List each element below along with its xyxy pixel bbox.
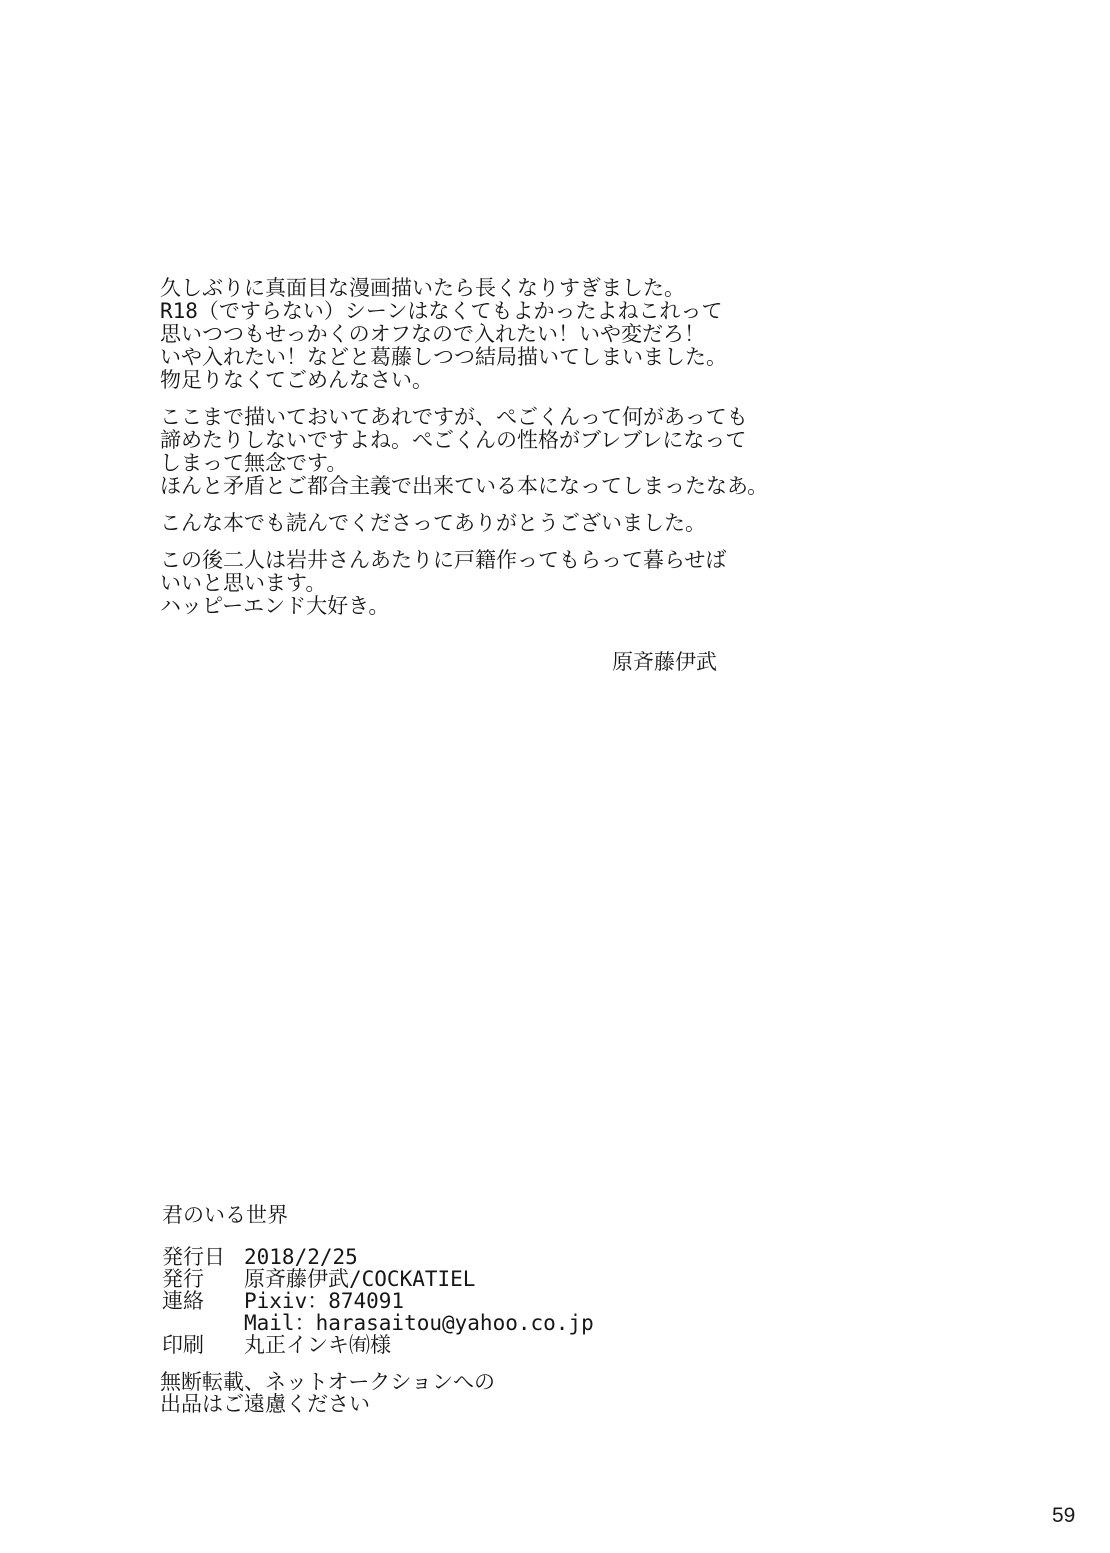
colophon-row-publisher: 発行 原斉藤伊武/COCKATIEL (162, 1268, 594, 1290)
afterword-line: 思いつつもせっかくのオフなので入れたい！いや変だろ！ (160, 323, 768, 346)
author-signature: 原斉藤伊武 (612, 651, 717, 674)
afterword-line: いや入れたい！などと葛藤しつつ結局描いてしまいました。 (160, 346, 768, 369)
colophon-row-printer: 印刷 丸正インキ㈲様 (162, 1334, 594, 1356)
afterword-text-block: 久しぶりに真面目な漫画描いたら長くなりすぎました。 R18（ですらない）シーンは… (160, 277, 768, 632)
afterword-line: 久しぶりに真面目な漫画描いたら長くなりすぎました。 (160, 277, 768, 300)
book-title: 君のいる世界 (162, 1204, 288, 1227)
afterword-paragraph-4: この後二人は岩井さんあたりに戸籍作ってもらって暮らせば いいと思います。 ハッピ… (160, 549, 768, 618)
afterword-line: R18（ですらない）シーンはなくてもよかったよねこれって (160, 300, 768, 323)
afterword-line: しまって無念です。 (160, 452, 768, 475)
afterword-line: いいと思います。 (160, 572, 768, 595)
colophon-label: 連絡 (162, 1290, 244, 1312)
colophon-value: 2018/2/25 (244, 1246, 358, 1268)
notice-line: 無断転載、ネットオークションへの (160, 1371, 495, 1393)
colophon-label (162, 1312, 244, 1334)
afterword-line: ほんと矛盾とご都合主義で出来ている本になってしまったなあ。 (160, 475, 768, 498)
afterword-paragraph-1: 久しぶりに真面目な漫画描いたら長くなりすぎました。 R18（ですらない）シーンは… (160, 277, 768, 392)
colophon-value: 丸正インキ㈲様 (244, 1334, 391, 1356)
colophon-label: 発行 (162, 1268, 244, 1290)
colophon-row-publish-date: 発行日 2018/2/25 (162, 1246, 594, 1268)
afterword-line: ここまで描いておいてあれですが、ぺごくんって何があっても (160, 406, 768, 429)
colophon-value: 原斉藤伊武/COCKATIEL (244, 1268, 475, 1290)
colophon-row-mail: Mail：harasaitou@yahoo.co.jp (162, 1312, 594, 1334)
notice-line: 出品はご遠慮ください (160, 1393, 495, 1415)
afterword-line: ハッピーエンド大好き。 (160, 595, 768, 618)
afterword-line: この後二人は岩井さんあたりに戸籍作ってもらって暮らせば (160, 549, 768, 572)
doujinshi-afterword-page: 久しぶりに真面目な漫画描いたら長くなりすぎました。 R18（ですらない）シーンは… (0, 0, 1110, 1553)
afterword-paragraph-2: ここまで描いておいてあれですが、ぺごくんって何があっても 諦めたりしないですよね… (160, 406, 768, 498)
page-number: 59 (1052, 1504, 1075, 1527)
colophon-value: Pixiv：874091 (244, 1290, 404, 1312)
reprint-prohibition-notice: 無断転載、ネットオークションへの 出品はご遠慮ください (160, 1371, 495, 1415)
afterword-paragraph-3: こんな本でも読んでくださってありがとうございました。 (160, 512, 768, 535)
colophon-label: 印刷 (162, 1334, 244, 1356)
colophon-row-contact: 連絡 Pixiv：874091 (162, 1290, 594, 1312)
afterword-line: こんな本でも読んでくださってありがとうございました。 (160, 512, 768, 535)
colophon-label: 発行日 (162, 1246, 244, 1268)
colophon-block: 発行日 2018/2/25 発行 原斉藤伊武/COCKATIEL 連絡 Pixi… (162, 1246, 594, 1356)
afterword-line: 物足りなくてごめんなさい。 (160, 369, 768, 392)
colophon-value: Mail：harasaitou@yahoo.co.jp (244, 1312, 594, 1334)
afterword-line: 諦めたりしないですよね。ぺごくんの性格がブレブレになって (160, 429, 768, 452)
